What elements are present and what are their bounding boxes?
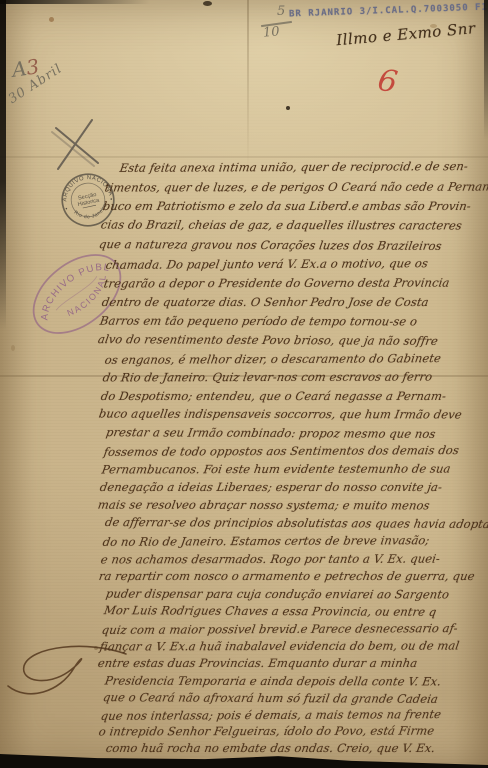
manuscript-line: fossemos de todo oppostos aos Sentimento… — [103, 443, 460, 459]
manuscript-line: dentro de quatorze dias. O Senhor Pedro … — [101, 295, 430, 309]
manuscript-line: do Despotismo; entendeu, que o Ceará neg… — [100, 389, 447, 403]
manuscript-line: quiz com a maior possivel brevid.e Parec… — [101, 621, 459, 637]
manuscript-line: buco aquelles indispensaveis soccorros, … — [98, 407, 463, 422]
manuscript-line: ra repartir com nosco o armamento e petr… — [98, 569, 476, 583]
ink-speck — [203, 1, 212, 6]
manuscript-line: Pernambucanos. Foi este hum evidente tes… — [101, 462, 452, 477]
manuscript-line: puder dispensar para cuja condução envia… — [105, 587, 450, 602]
manuscript-line: denegação a ideias Liberaes; esperar do … — [99, 480, 443, 494]
manuscript-scan: BR RJANRIO 3/I.CAL.Q.7003050 F1 5 10 Ill… — [0, 0, 488, 768]
scan-edge-right — [484, 0, 488, 140]
manuscript-line: Barros em tão pequeno período de tempo t… — [99, 313, 418, 328]
manuscript-line: entre estas duas Provincias. Emquanto du… — [97, 656, 419, 670]
manuscript-line: e nos achamos desarmados. Rogo por tanto… — [100, 551, 441, 566]
manuscript-line: prestar a seu Irmão combinado: propoz me… — [105, 425, 437, 441]
manuscript-line: Mor Luis Rodrigues Chaves a essa Provinc… — [103, 604, 438, 620]
manuscript-line: que o Ceará não afroxará hum só fuzil da… — [102, 690, 439, 706]
manuscript-line: Esta feita anexa intima união, quer de r… — [119, 159, 469, 175]
pencil-fraction-denominator: 10 — [262, 24, 280, 40]
stain-spot — [11, 345, 15, 351]
vertical-fold-crease — [247, 0, 249, 170]
manuscript-line: como huã rocha no embate das ondas. Crei… — [105, 741, 436, 755]
ink-speck — [286, 106, 290, 110]
manuscript-line: tregarão a depor o Presidente do Governo… — [103, 276, 451, 291]
manuscript-line: do no Rio de Janeiro. Estamos certos de … — [102, 533, 431, 549]
manuscript-line: cias do Brazil, cheias de gaz, e daquell… — [100, 218, 463, 233]
manuscript-line: buco em Patriotismo e zelo da sua Liberd… — [102, 199, 472, 213]
manuscript-line: que nos interlassa; pois é demais, a mai… — [100, 707, 442, 723]
pencil-x-mark — [46, 116, 108, 174]
manuscript-line: de afferrar-se dos principios absolutist… — [104, 515, 488, 531]
scan-edge-left — [0, 0, 6, 330]
manuscript-line: os enganos, é melhor dizer, o descaramen… — [104, 351, 442, 367]
manuscript-line: que a natureza gravou nos Corações luzes… — [98, 237, 443, 253]
manuscript-line: chamada. Do papel junto verá V. Ex.a o m… — [105, 256, 429, 272]
scan-edge-top — [0, 0, 150, 4]
stain-spot — [49, 17, 54, 22]
manuscript-line: alvo do resentimento deste Povo brioso, … — [97, 332, 439, 348]
manuscript-line: timentos, quer de luzes, e de perigos O … — [104, 179, 488, 194]
manuscript-line: do Rio de Janeiro. Quiz levar-nos com es… — [102, 370, 434, 385]
manuscript-line: mais se resolveo abraçar nosso systema; … — [97, 498, 431, 513]
manuscript-line: o intrepido Senhor Felgueiras, ídolo do … — [98, 724, 436, 739]
pencil-fraction-numerator: 5 — [277, 4, 285, 19]
manuscript-line: Presidencia Temporaria e ainda depois de… — [104, 673, 442, 688]
manuscript-line: fiançar a V. Ex.a huã inabalavel evidenc… — [99, 639, 461, 654]
